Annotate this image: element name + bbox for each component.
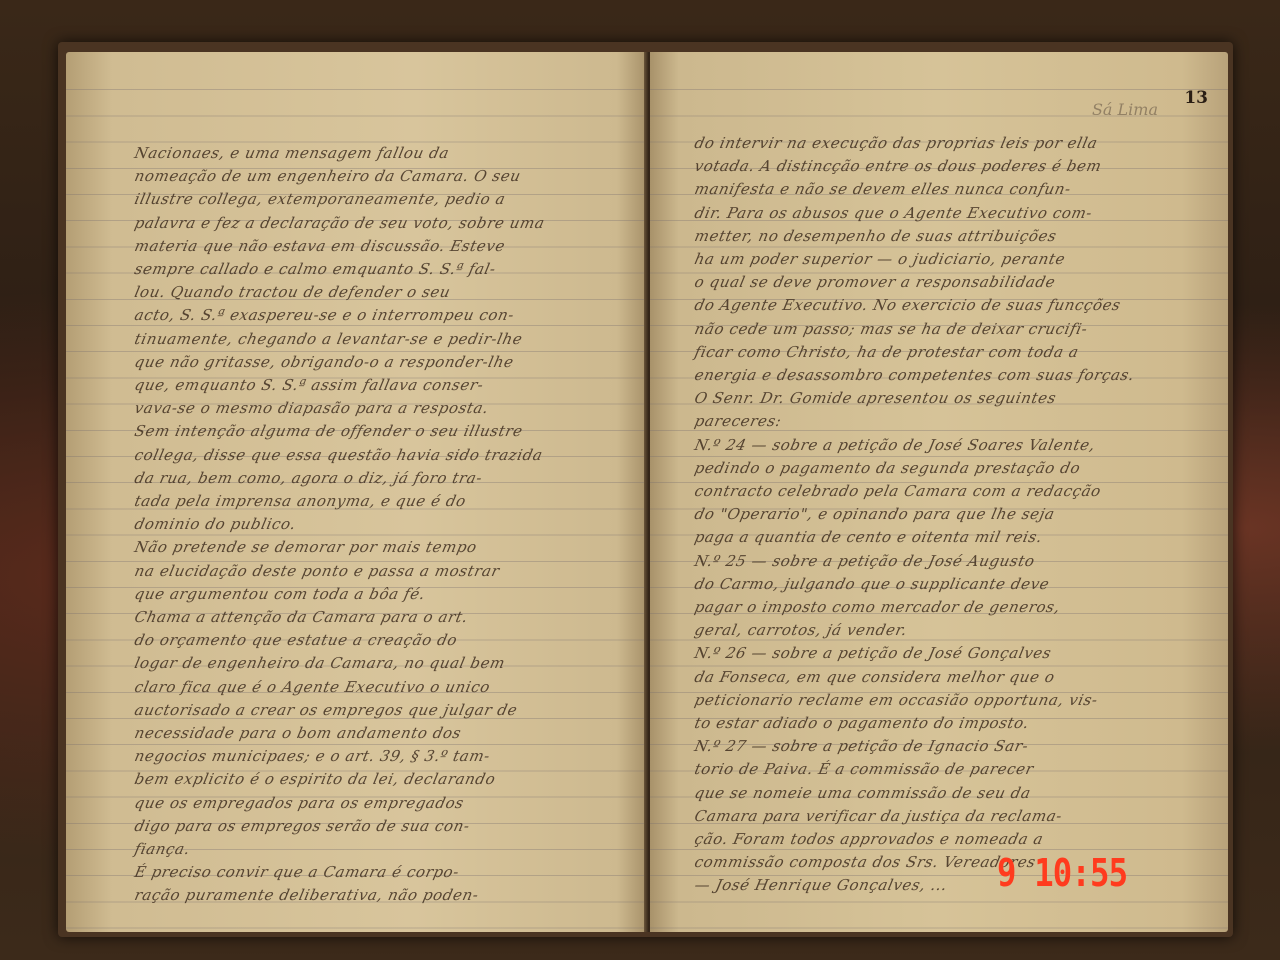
handwritten-line: collega, disse que essa questão havia si… [66, 446, 646, 472]
handwritten-line: não cede um passo; mas se ha de deixar c… [650, 320, 1228, 346]
handwritten-line: que se nomeie uma commissão de seu da [650, 784, 1228, 810]
handwritten-line: claro fica que é o Agente Executivo o un… [66, 678, 646, 704]
handwritten-line: do Agente Executivo. No exercicio de sua… [650, 296, 1228, 322]
handwritten-line: do Carmo, julgando que o supplicante dev… [650, 575, 1228, 601]
handwritten-line: que argumentou com toda a bôa fé. [66, 585, 646, 611]
left-page: Nacionaes, e uma mensagem fallou danomea… [66, 52, 646, 932]
handwritten-line: Sem intenção alguma de offender o seu il… [66, 422, 646, 448]
header-signature-mark: Sá Lima [1092, 100, 1158, 119]
handwritten-line: — José Henrique Gonçalves, ... [650, 876, 1228, 902]
page-number: 13 [1184, 88, 1208, 108]
handwritten-line: na elucidação deste ponto e passa a most… [66, 562, 646, 588]
handwritten-line: torio de Paiva. É a commissão de parecer [650, 760, 1228, 786]
handwritten-line: pedindo o pagamento da segunda prestação… [650, 459, 1228, 485]
handwritten-line: ração puramente deliberativa, não poden- [66, 886, 646, 912]
handwritten-line: dir. Para os abusos que o Agente Executi… [650, 204, 1228, 230]
handwritten-line: que não gritasse, obrigando-o a responde… [66, 353, 646, 379]
handwritten-line: Camara para verificar da justiça da recl… [650, 807, 1228, 833]
handwritten-line: illustre collega, extemporaneamente, ped… [66, 190, 646, 216]
handwritten-line: auctorisado a crear os empregos que julg… [66, 701, 646, 727]
handwritten-line: digo para os empregos serão de sua con- [66, 817, 646, 843]
handwritten-line: manifesta e não se devem elles nunca con… [650, 180, 1228, 206]
handwritten-line: bem explicito é o espirito da lei, decla… [66, 770, 646, 796]
handwritten-line: materia que não estava em discussão. Est… [66, 237, 646, 263]
handwritten-line: N.º 26 — sobre a petição de José Gonçalv… [650, 644, 1228, 670]
camera-timestamp-overlay: 9 10:55 [997, 851, 1127, 895]
handwritten-line: acto, S. S.ª exaspereu-se e o interrompe… [66, 306, 646, 332]
handwritten-line: peticionario reclame em occasião opportu… [650, 691, 1228, 717]
handwritten-line: Não pretende se demorar por mais tempo [66, 538, 646, 564]
handwritten-line: tinuamente, chegando a levantar-se e ped… [66, 330, 646, 356]
handwritten-line: da Fonseca, em que considera melhor que … [650, 668, 1228, 694]
handwritten-line: N.º 25 — sobre a petição de José Augusto [650, 552, 1228, 578]
handwritten-line: metter, no desempenho de suas attribuiçõ… [650, 227, 1228, 253]
handwritten-line: pareceres: [650, 412, 1228, 438]
right-page: Sá Lima 13 do intervir na execução das p… [650, 52, 1228, 932]
handwritten-line: N.º 24 — sobre a petição de José Soares … [650, 436, 1228, 462]
handwritten-line: palavra e fez a declaração de seu voto, … [66, 214, 646, 240]
handwritten-line: paga a quantia de cento e oitenta mil re… [650, 528, 1228, 554]
handwritten-line: da rua, bem como, agora o diz, já foro t… [66, 469, 646, 495]
handwritten-line: logar de engenheiro da Camara, no qual b… [66, 654, 646, 680]
handwritten-line: que os empregados para os empregados [66, 794, 646, 820]
handwritten-line: ficar como Christo, ha de protestar com … [650, 343, 1228, 369]
